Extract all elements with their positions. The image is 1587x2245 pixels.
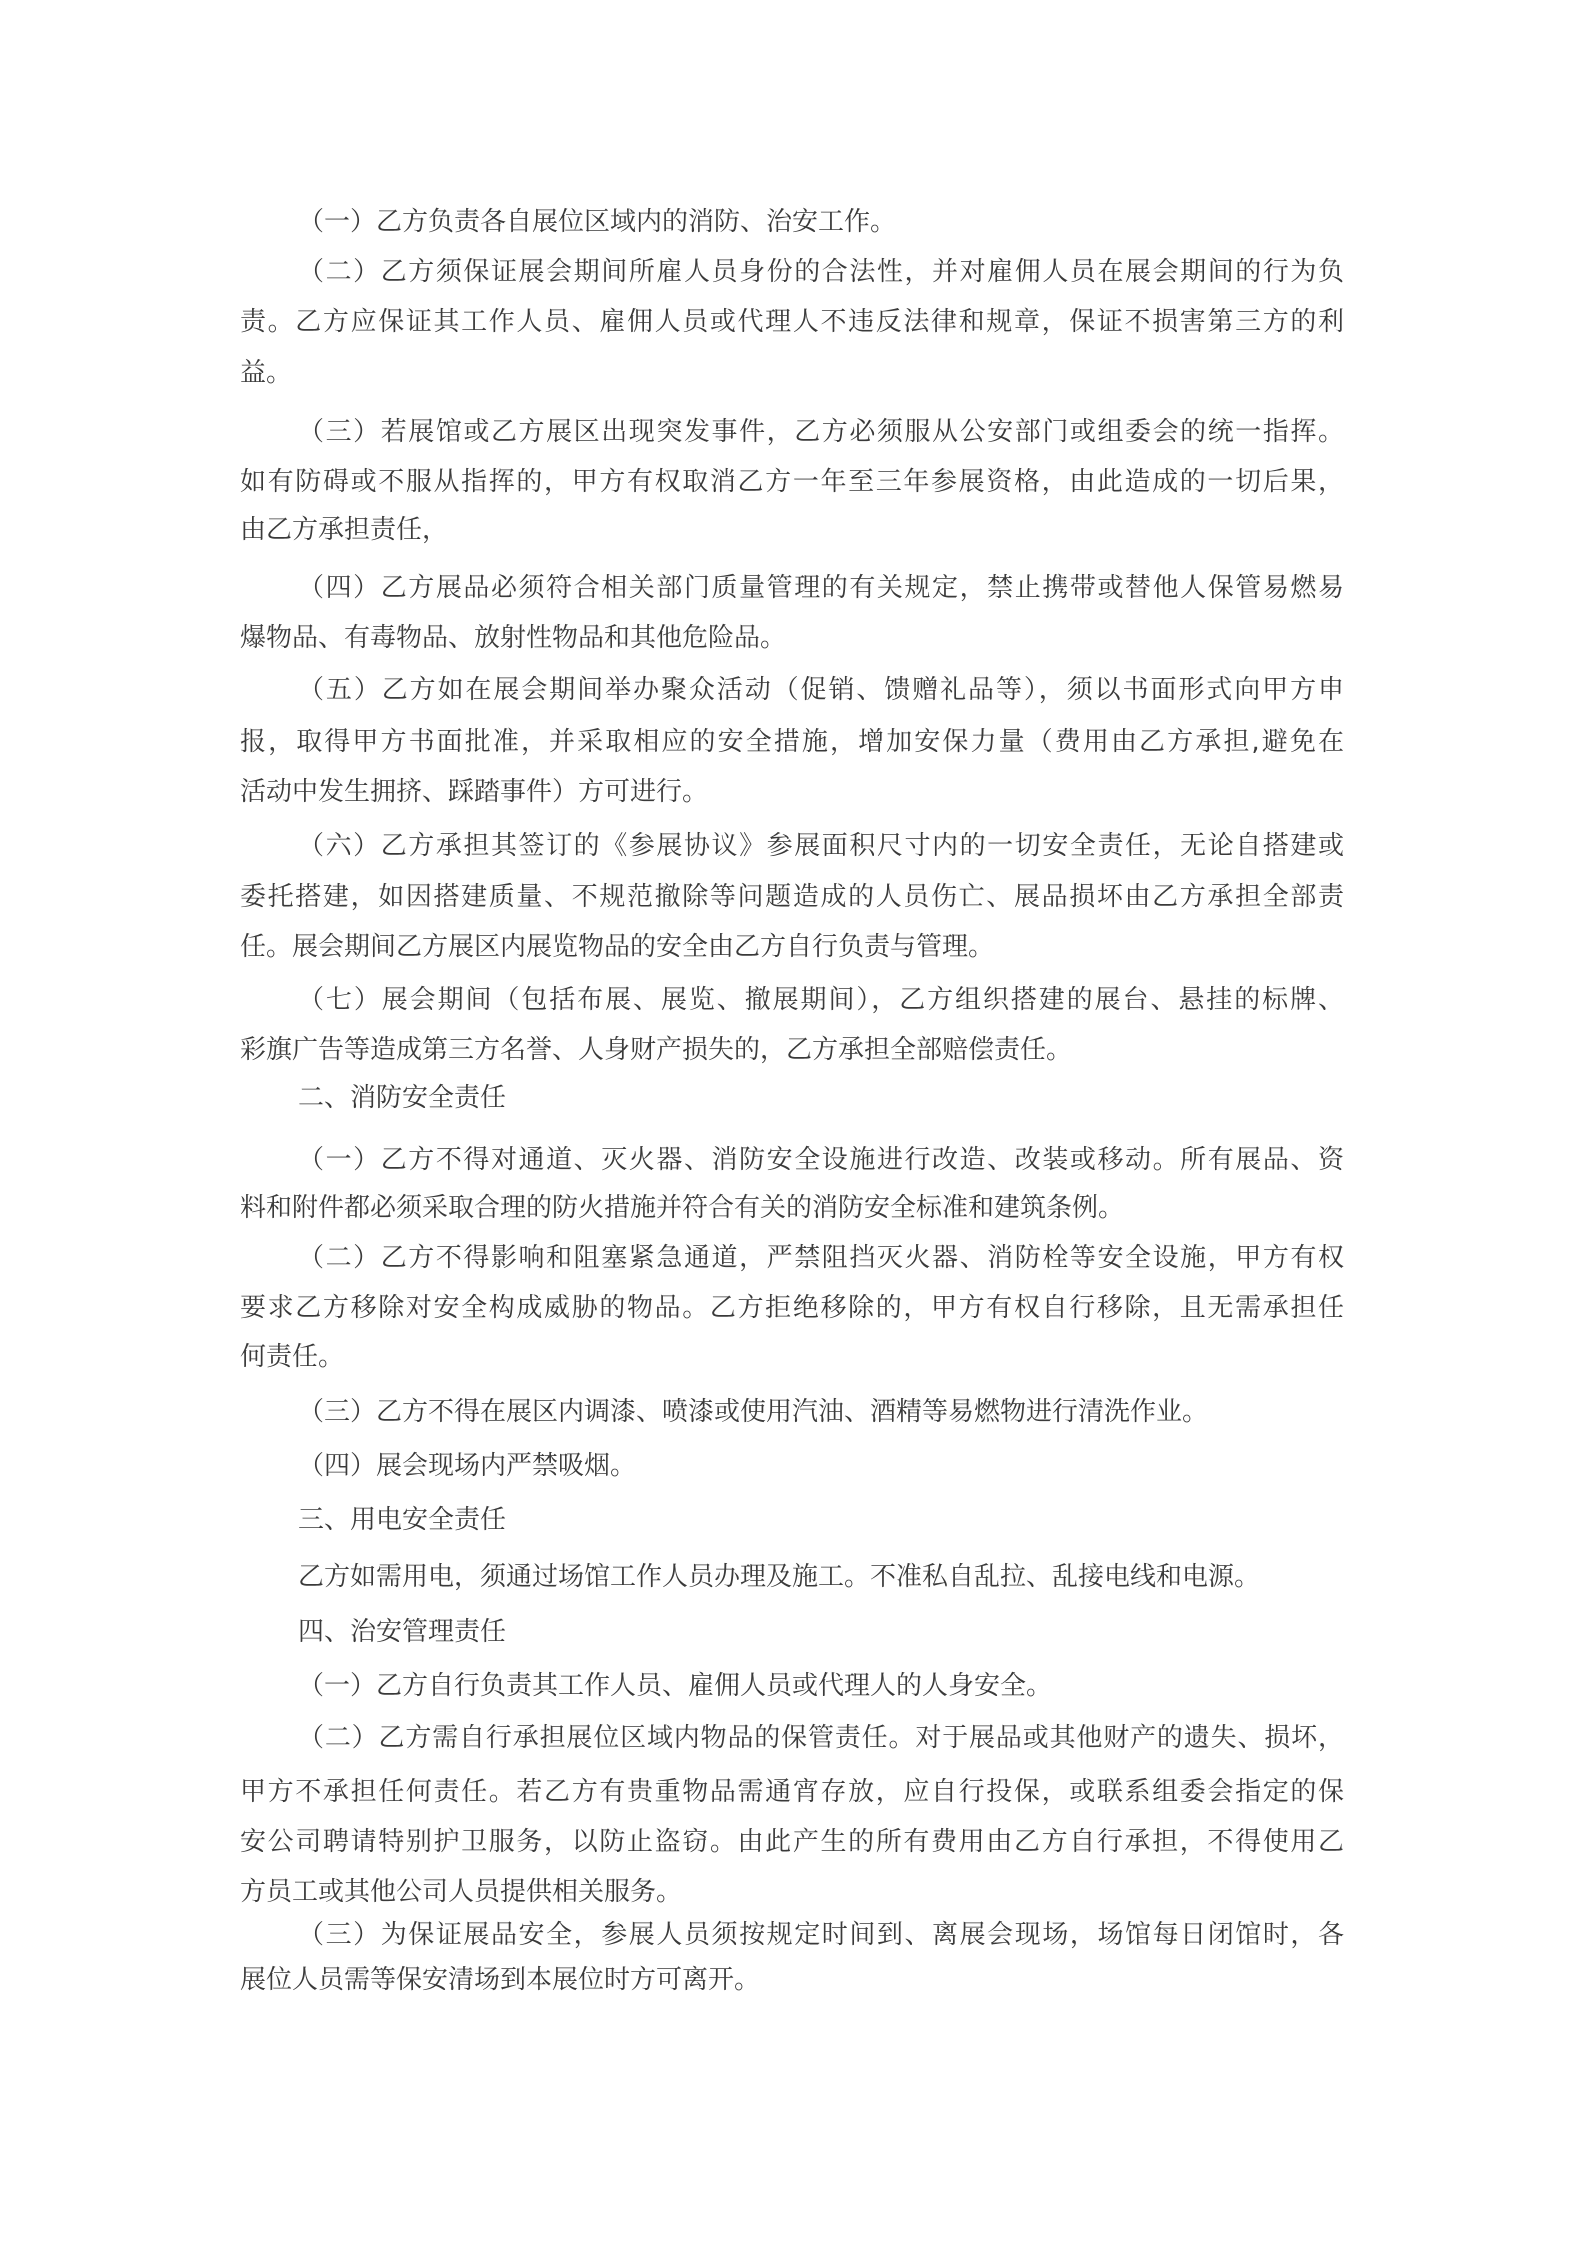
paragraph-line: 彩旗广告等造成第三方名誉、人身财产损失的，乙方承担全部赔偿责任。 [240,1030,1344,1070]
paragraph-line: （三）乙方不得在展区内调漆、喷漆或使用汽油、酒精等易燃物进行清洗作业。 [298,1392,1344,1432]
paragraph-line: 委托搭建，如因搭建质量、不规范撤除等问题造成的人员伤亡、展品损坏由乙方承担全部责 [240,877,1344,917]
paragraph-line: （五）乙方如在展会期间举办聚众活动（促销、馈赠礼品等），须以书面形式向甲方申 [298,670,1344,710]
paragraph-line: （一）乙方自行负责其工作人员、雇佣人员或代理人的人身安全。 [298,1666,1344,1706]
paragraph-line: （一）乙方不得对通道、灭火器、消防安全设施进行改造、改装或移动。所有展品、资 [298,1140,1344,1180]
paragraph-line: （三）为保证展品安全，参展人员须按规定时间到、离展会现场，场馆每日闭馆时，各 [298,1915,1344,1955]
paragraph-line: 如有防碍或不服从指挥的，甲方有权取消乙方一年至三年参展资格，由此造成的一切后果， [240,462,1344,502]
section-heading-electrical-safety: 三、用电安全责任 [298,1500,506,1540]
paragraph-line: 责。乙方应保证其工作人员、雇佣人员或代理人不违反法律和规章，保证不损害第三方的利 [240,302,1344,342]
paragraph-line: （二）乙方须保证展会期间所雇人员身份的合法性，并对雇佣人员在展会期间的行为负 [298,252,1344,292]
paragraph-line: 益。 [240,353,1344,393]
paragraph-line: 方员工或其他公司人员提供相关服务。 [240,1872,1344,1912]
paragraph-line: 甲方不承担任何责任。若乙方有贵重物品需通宵存放，应自行投保，或联系组委会指定的保 [240,1772,1344,1812]
section-heading-fire-safety: 二、消防安全责任 [298,1078,506,1118]
paragraph-line: （四）展会现场内严禁吸烟。 [298,1446,1344,1486]
paragraph-line: 报，取得甲方书面批准，并采取相应的安全措施，增加安保力量（费用由乙方承担,避免在 [240,722,1344,762]
paragraph-line: 乙方如需用电，须通过场馆工作人员办理及施工。不准私自乱拉、乱接电线和电源。 [298,1557,1260,1597]
paragraph-line: （二）乙方不得影响和阻塞紧急通道，严禁阻挡灭火器、消防栓等安全设施，甲方有权 [298,1238,1344,1278]
paragraph-line: 展位人员需等保安清场到本展位时方可离开。 [240,1960,1344,2000]
paragraph-line: 活动中发生拥挤、踩踏事件）方可进行。 [240,772,1344,812]
paragraph-line: （一）乙方负责各自展位区域内的消防、治安工作。 [298,202,1344,242]
document-page: （一）乙方负责各自展位区域内的消防、治安工作。 （二）乙方须保证展会期间所雇人员… [0,0,1587,2245]
paragraph-line: （二）乙方需自行承担展位区域内物品的保管责任。对于展品或其他财产的遗失、损坏， [298,1718,1344,1758]
paragraph-line: （四）乙方展品必须符合相关部门质量管理的有关规定，禁止携带或替他人保管易燃易 [298,568,1344,608]
paragraph-line: （六）乙方承担其签订的《参展协议》参展面积尺寸内的一切安全责任，无论自搭建或 [298,826,1344,866]
paragraph-line: （三）若展馆或乙方展区出现突发事件，乙方必须服从公安部门或组委会的统一指挥。 [298,412,1344,452]
paragraph-line: （七）展会期间（包括布展、展览、撤展期间），乙方组织搭建的展台、悬挂的标牌、 [298,980,1344,1020]
paragraph-line: 任。展会期间乙方展区内展览物品的安全由乙方自行负责与管理。 [240,927,1344,967]
paragraph-line: 爆物品、有毒物品、放射性物品和其他危险品。 [240,618,1344,658]
paragraph-line: 安公司聘请特别护卫服务，以防止盗窃。由此产生的所有费用由乙方自行承担，不得使用乙 [240,1822,1344,1862]
section-heading-security-management: 四、治安管理责任 [298,1612,506,1652]
paragraph-line: 料和附件都必须采取合理的防火措施并符合有关的消防安全标准和建筑条例。 [240,1188,1344,1228]
paragraph-line: 要求乙方移除对安全构成威胁的物品。乙方拒绝移除的，甲方有权自行移除，且无需承担任 [240,1288,1344,1328]
paragraph-line: 由乙方承担责任， [240,510,1344,550]
paragraph-line: 何责任。 [240,1337,1344,1377]
